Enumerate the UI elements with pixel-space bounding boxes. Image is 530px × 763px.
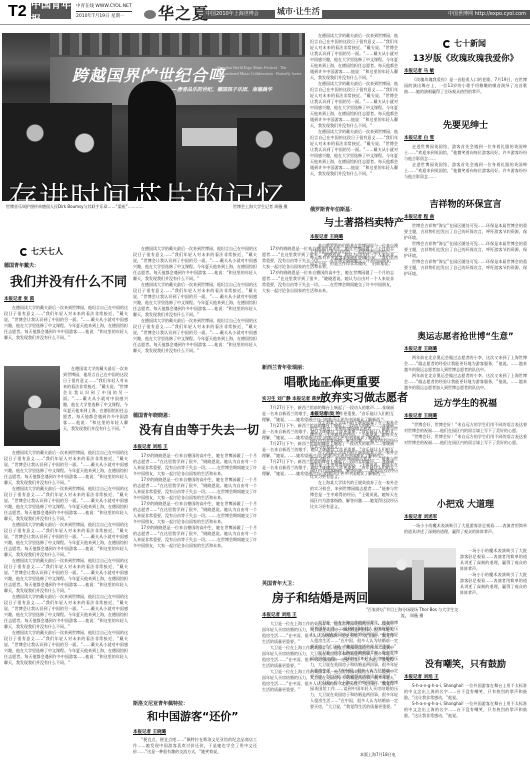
section-bar: 中国2010年上海世博会 城市·让生活 新闻版 中国世博网 http://exp… bbox=[203, 10, 530, 19]
stage-photo bbox=[368, 548, 456, 604]
stage-photo-caption: “百家讲坛”节目上海分场现场 Thor Bos 与大学生交流。 周薇 摄 bbox=[362, 607, 462, 619]
section-marker-icon bbox=[20, 248, 28, 256]
section-seven-days: 七天七人 bbox=[20, 246, 63, 257]
article-body-continued: 在德国读大学的戴夫最后一次来到世博园，他坦言自己在中国的这段日子很有意义……“我… bbox=[4, 450, 128, 758]
article-body-continued: 大卫是一位在上海工作的英国青年，他在世博园英国馆工作……谈到中国年轻人买房结婚的… bbox=[310, 620, 398, 748]
hero-credit: 世博会上海大学生记者 周薇 摄 bbox=[233, 204, 288, 210]
news-byline: 本报记者 刘述军 bbox=[404, 514, 527, 520]
hero-caption: 世博音乐周护照传单德国人民Dirk Boumsy与其联手乐章……“梁祝”………… bbox=[6, 204, 144, 210]
article-body: 在德国读大学的戴夫最后一次来到世博园，他坦言自己在中国的这段日子很有意义……“我… bbox=[4, 305, 128, 349]
news-byline: 本报记者 白 雪 bbox=[404, 135, 527, 141]
newspaper-logo: 中国青年报 bbox=[31, 3, 71, 19]
article-wangyuanying: 中国青年王媛英： 放弃实习做志愿者 本报记者 吴 吟 在上海某大学读书的王媛英放… bbox=[310, 380, 398, 570]
hero-photo: 跨越国界的世纪合鸣 Shanghai World Expo Music Fest… bbox=[2, 33, 305, 201]
news-body: S-h-a-n-g-h-a-i, Shanghai! 一位外国游客在舞台上用不太… bbox=[404, 683, 527, 761]
article-title: 与土著搭档卖特产 bbox=[324, 214, 398, 229]
music-stand-image bbox=[182, 128, 242, 146]
article-body-continued: 在德国读大学的戴夫最后一次来到世博园，他坦言自己在中国的这段日子很有意义……“我… bbox=[63, 366, 128, 446]
news-byline: 本报记者 刘旭 王 bbox=[404, 674, 527, 680]
article-kicker: 俄罗斯青年伯斯基： bbox=[310, 206, 398, 213]
news-body: 世博会吉祥物“海宝”在园区随处可见……环保是本届世博会的重要主题，吉祥物们也发出… bbox=[404, 223, 527, 343]
page-number: T2 bbox=[8, 3, 27, 21]
article-kicker: 中国青年王媛英： bbox=[310, 380, 398, 387]
article-petra: 斯洛文尼亚青年佩特拉： 和中国游客“还价” 本报记者 王晓璐 “便宜点，便宜点吧… bbox=[133, 700, 257, 763]
article-byline: 本报记者 张 茵 bbox=[4, 296, 128, 302]
section-seventy-news: 七十新闻 bbox=[443, 38, 486, 49]
article-body: 来自俄罗斯的伯斯基在世博园里与一位来自澳大利亚的土著青年搭档，一起销售两国的特产… bbox=[310, 243, 398, 303]
article-title: 和中国游客“还价” bbox=[147, 708, 257, 724]
news-byline: 本报记者 程 曲 bbox=[404, 214, 527, 220]
issue-date: 2010年7月19日 星期一 bbox=[76, 11, 132, 20]
news-olympic-volunteer: 奥运志愿者抢世博“生意” 本报记者 王晓璐 两年前在北京奥运会做过志愿者的小李，… bbox=[404, 330, 527, 401]
article-byline: 本报记者 王晓璐 bbox=[133, 729, 257, 735]
news-encouragement: 没有嘲笑，只有鼓励 本报记者 刘旭 王 S-h-a-n-g-h-a-i, Sha… bbox=[404, 657, 527, 761]
article-body-continued: 在德国读大学的戴夫最后一次来到世博园，他坦言自己在中国的这段日子很有意义……“我… bbox=[133, 246, 257, 406]
article-byline: 本报记者 王晓璐 bbox=[310, 234, 398, 240]
news-gentleman: 先要见绅士 本报记者 白 雪 走进世博园英国馆，游客首先会遇到一位身着礼服的英国… bbox=[404, 118, 527, 198]
news-title: 13岁版《玫瑰玫瑰我爱你》 bbox=[404, 52, 527, 64]
news-title: 没有嘲笑，只有鼓励 bbox=[404, 657, 527, 670]
banner-subtitle: ——唐者品乐的世纪、德国孩子乐团、南德蔬华 bbox=[167, 86, 272, 93]
supplement-brand: 华之夏 bbox=[144, 1, 209, 24]
news-body: 走进世博园英国馆，游客首先会遇到一位身着礼服的英国绅士……“欢迎来到英国馆，”他… bbox=[404, 144, 527, 198]
news-rose-song: 13岁版《玫瑰玫瑰我爱你》 本报记者 马 敏 《玫瑰玫瑰我爱你》是一首脍炙人口的… bbox=[404, 52, 527, 113]
news-student-wishes: 远方学生的祝福 本报记者 王晓璐 “世博会好，世博会好！”来自远方的学生们用不同… bbox=[404, 396, 527, 490]
news-byline: 本报记者 马 敏 bbox=[404, 68, 527, 74]
banner-english: Shanghai World Expo Music Festival · The… bbox=[217, 65, 305, 77]
expo-site-url[interactable]: 中国世博网 http://expo.cyol.com bbox=[448, 10, 526, 19]
news-mascot: 吉祥物的环保宣言 本报记者 程 曲 世博会吉祥物“海宝”在园区随处可见……环保是… bbox=[404, 197, 527, 343]
article-body: “便宜点，便宜点吧……”佩特拉在斯洛文尼亚馆的纪念品商店工作……她发现中国游客喜… bbox=[133, 737, 257, 763]
article-byline: 本报记者 刘旭 王 bbox=[133, 444, 257, 450]
news-body: 两年前在北京奥运会做过志愿者的小李，这次又来到了上海世博会……“做志愿者的经验让… bbox=[404, 355, 527, 401]
news-body-continued: 一场小小的魔术表演吸引了大批游客驻足观看……表演者用简单的道具讲述了深刻的道理，… bbox=[460, 548, 527, 660]
audience-image bbox=[50, 33, 305, 55]
brand-emblem-icon bbox=[144, 10, 156, 19]
news-magic-trick: 小把戏 大道理 本报记者 刘述军 一场小小的魔术表演吸引了大批游客驻足观看……表… bbox=[404, 497, 527, 541]
news-body: “世博会好，世博会好！”来自远方的学生们用不同的语言表达着对世博会的祝福……他们… bbox=[404, 422, 527, 490]
dave-photo bbox=[4, 366, 60, 446]
article-title: 放弃实习做志愿者 bbox=[320, 389, 398, 405]
article-byline: 本报记者 吴 吟 bbox=[310, 411, 398, 417]
article-body: 17岁的晓晓恩是一位来自德国的高中生，她在世博园做了一个月的志愿者……“在这里我… bbox=[133, 453, 257, 683]
article-body-continued: 在德国读大学的戴夫最后一次来到世博园，他坦言自己在中国的这段日子很有意义……“我… bbox=[310, 33, 398, 203]
news-title: 小把戏 大道理 bbox=[404, 497, 527, 510]
article-bosiji: 俄罗斯青年伯斯基： 与土著搭档卖特产 本报记者 王晓璐 来自俄罗斯的伯斯基在世博… bbox=[310, 206, 398, 303]
article-title: 我们并没有什么不同 bbox=[10, 271, 128, 290]
masthead: T2 中国青年报 中青在线 WWW.CYOL.NET 2010年7月19日 星期… bbox=[0, 0, 530, 24]
expo-name: 中国2010年上海世博会 bbox=[206, 10, 259, 19]
paper-info: 中青在线 WWW.CYOL.NET 2010年7月19日 星期一 bbox=[76, 3, 132, 20]
article-dave: 德国青年戴夫： 我们并没有什么不同 本报记者 张 茵 在德国读大学的戴夫最后一次… bbox=[4, 262, 128, 349]
dateline: 本版上海7月18日电 bbox=[360, 752, 396, 758]
article-kicker: 斯洛文尼亚青年佩特拉： bbox=[133, 700, 257, 707]
news-body: 《玫瑰玫瑰我爱你》是一首脍炙人口的老歌，7月19日，在世博园的演出舞台上，一位1… bbox=[404, 77, 527, 113]
article-kicker: 德国青年戴夫： bbox=[4, 262, 128, 269]
section-marker-icon bbox=[443, 40, 451, 48]
news-title: 先要见绅士 bbox=[404, 118, 527, 131]
page-headline: 存进时间芯片的记忆 bbox=[8, 173, 287, 201]
news-title: 吉祥物的环保宣言 bbox=[404, 197, 527, 210]
article-xiaoxiaoen: 德国青年晓晓恩： 没有自由等于失去一切 本报记者 刘旭 王 17岁的晓晓恩是一位… bbox=[133, 412, 257, 683]
article-kicker: 德国青年晓晓恩： bbox=[133, 412, 257, 419]
news-body: 一场小小的魔术表演吸引了大批游客驻足观看……表演者用简单的道具讲述了深刻的道理，… bbox=[404, 523, 527, 541]
website-url[interactable]: 中青在线 WWW.CYOL.NET bbox=[76, 3, 132, 10]
masthead-divider bbox=[0, 24, 530, 25]
section-name: 新闻版 bbox=[303, 10, 318, 19]
news-title: 奥运志愿者抢世博“生意” bbox=[404, 330, 527, 342]
article-kicker: 新西兰青年张瑞丽： bbox=[262, 364, 394, 371]
article-title: 没有自由等于失去一切 bbox=[139, 421, 257, 438]
news-byline: 本报记者 王晓璐 bbox=[404, 413, 527, 419]
news-byline: 本报记者 王晓璐 bbox=[404, 346, 527, 352]
news-title: 远方学生的祝福 bbox=[404, 396, 527, 409]
